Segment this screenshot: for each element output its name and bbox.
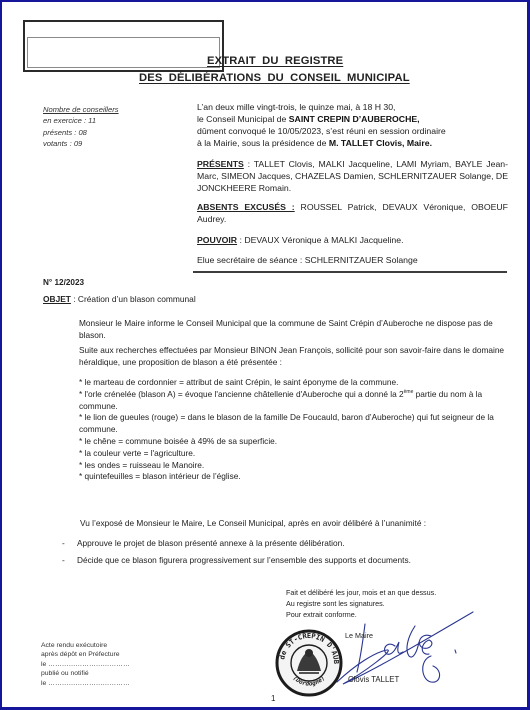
document-title-line1: EXTRAIT DU REGISTRE [207,55,343,67]
pouvoir-label: POUVOIR [197,235,237,245]
pouvoir-section: POUVOIR : DEVAUX Véronique à MALKI Jacqu… [197,234,508,246]
president-name: M. TALLET Clovis, Maire. [329,138,432,148]
list-item: * le marteau de cordonnier = attribut de… [79,377,509,389]
document-title-line2: DES DÉLIBÉRATIONS DU CONSEIL MUNICIPAL [139,72,410,84]
section-divider [193,271,507,273]
presents-list: : TALLET Clovis, MALKI Jacqueline, LAMI … [197,159,508,193]
intro-line4-text: à la Mairie, sous la présidence de [197,138,329,148]
paragraph-research: Suite aux recherches effectuées par Mons… [79,345,509,369]
objet-label: OBJET [43,294,71,304]
decision-text: Approuve le projet de blason présenté an… [77,538,345,548]
intro-line1: L’an deux mille vingt-trois, le quinze m… [197,101,446,113]
list-item: * le lion de gueules (rouge) = dans le b… [79,412,509,436]
absents-section: ABSENTS EXCUSÉS : ROUSSEL Patrick, DEVAU… [197,201,508,225]
decision-item: -Décide que ce blason figurera progressi… [62,552,411,569]
list-item: * quintefeuilles = blason intérieur de l… [79,471,509,483]
decision-item: -Approuve le projet de blason présenté a… [62,535,411,552]
presents-section: PRÉSENTS : TALLET Clovis, MALKI Jacqueli… [197,158,508,195]
objet-line: OBJET : Création d’un blason communal [43,294,196,304]
list-item: * le chêne = commune boisée à 49% de sa … [79,436,509,448]
vu-statement: Vu l’exposé de Monsieur le Maire, Le Con… [80,518,426,528]
objet-text: : Création d’un blason communal [71,294,196,304]
councillors-heading: Nombre de conseillers [43,104,119,115]
closing-line1: Fait et délibéré les jour, mois et an qu… [286,588,436,599]
closing-line2: Au registre sont les signatures. [286,599,436,610]
intro-line2: le Conseil Municipal de SAINT CREPIN D’A… [197,113,446,125]
absents-label: ABSENTS EXCUSÉS : [197,202,295,212]
acte-line4: publié ou notifié [41,669,130,678]
intro-line3: dûment convoqué le 10/05/2023, s’est réu… [197,125,446,137]
decision-text: Décide que ce blason figurera progressiv… [77,555,411,565]
councillors-votants: votants : 09 [43,138,119,149]
councillors-count: Nombre de conseillers en exercice : 11 p… [43,104,119,149]
dash-marker: - [62,535,77,552]
acte-line3: le ……………………………… [41,660,130,669]
acte-line5: le ……………………………… [41,679,130,688]
acte-line1: Acte rendu exécutoire [41,641,130,650]
councillors-presents: présents : 08 [43,127,119,138]
list-item: * l'orle crénelée (blason A) = évoque l'… [79,389,509,413]
list-item-text: * l'orle crénelée (blason A) = évoque l'… [79,389,404,399]
commune-name: SAINT CREPIN D’AUBEROCHE, [289,114,420,124]
intro-line2-text: le Conseil Municipal de [197,114,289,124]
acte-line2: après dépôt en Préfecture [41,650,130,659]
list-item: * les ondes = ruisseau le Manoire. [79,460,509,472]
paragraph-intro: Monsieur le Maire informe le Conseil Mun… [79,318,509,342]
list-item: * la couleur verte = l'agriculture. [79,448,509,460]
pouvoir-text: : DEVAUX Véronique à MALKI Jacqueline. [237,235,403,245]
deliberation-number: N° 12/2023 [43,278,84,287]
superscript: ème [404,389,414,395]
decisions-list: -Approuve le projet de blason présenté a… [62,535,411,568]
councillors-en-exercice: en exercice : 11 [43,115,119,126]
page-number: 1 [271,694,275,703]
session-intro: L’an deux mille vingt-trois, le quinze m… [197,101,446,149]
presents-label: PRÉSENTS [197,159,244,169]
secretaire-line: Elue secrétaire de séance : SCHLERNITZAU… [197,254,508,266]
blason-elements-list: * le marteau de cordonnier = attribut de… [79,377,509,483]
signer-name: Clovis TALLET [348,675,399,684]
intro-line4: à la Mairie, sous la présidence de M. TA… [197,137,446,149]
acte-executoire-note: Acte rendu exécutoire après dépôt en Pré… [41,641,130,688]
mairie-seal-icon: MAIRIE de ST-CRÉPIN D'AUBEROCHE (Dordogn… [275,629,343,697]
reference-box-inner [27,37,220,68]
dash-marker: - [62,552,77,569]
